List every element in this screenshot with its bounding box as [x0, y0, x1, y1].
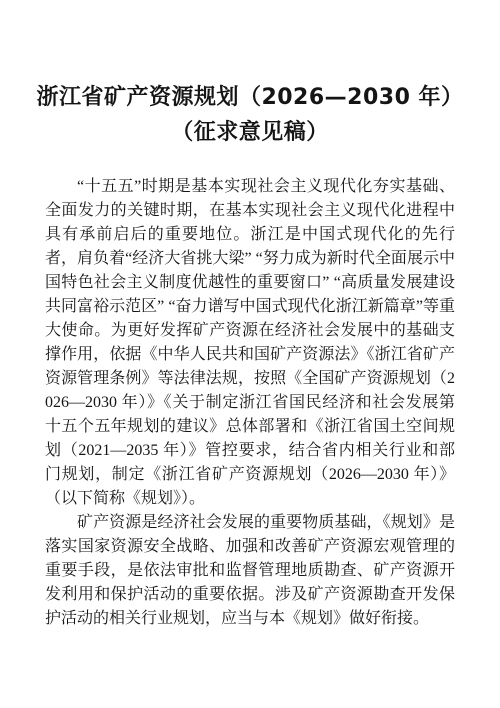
body-paragraph-1: “十五五”时期是基本实现社会主义现代化夯实基础、全面发力的关键时期，在基本实现社… [45, 175, 455, 511]
document-title: 浙江省矿产资源规划（2026—2030 年） （征求意见稿） [0, 0, 500, 150]
body-paragraph-2: 矿产资源是经济社会发展的重要物质基础，《规划》是落实国家资源安全战略、加强和改善… [45, 511, 455, 631]
document-page: 浙江省矿产资源规划（2026—2030 年） （征求意见稿） “十五五”时期是基… [0, 0, 500, 708]
document-title-line-2: （征求意见稿） [0, 115, 500, 150]
document-title-line-1: 浙江省矿产资源规划（2026—2030 年） [0, 80, 500, 115]
document-body: “十五五”时期是基本实现社会主义现代化夯实基础、全面发力的关键时期，在基本实现社… [45, 175, 455, 631]
